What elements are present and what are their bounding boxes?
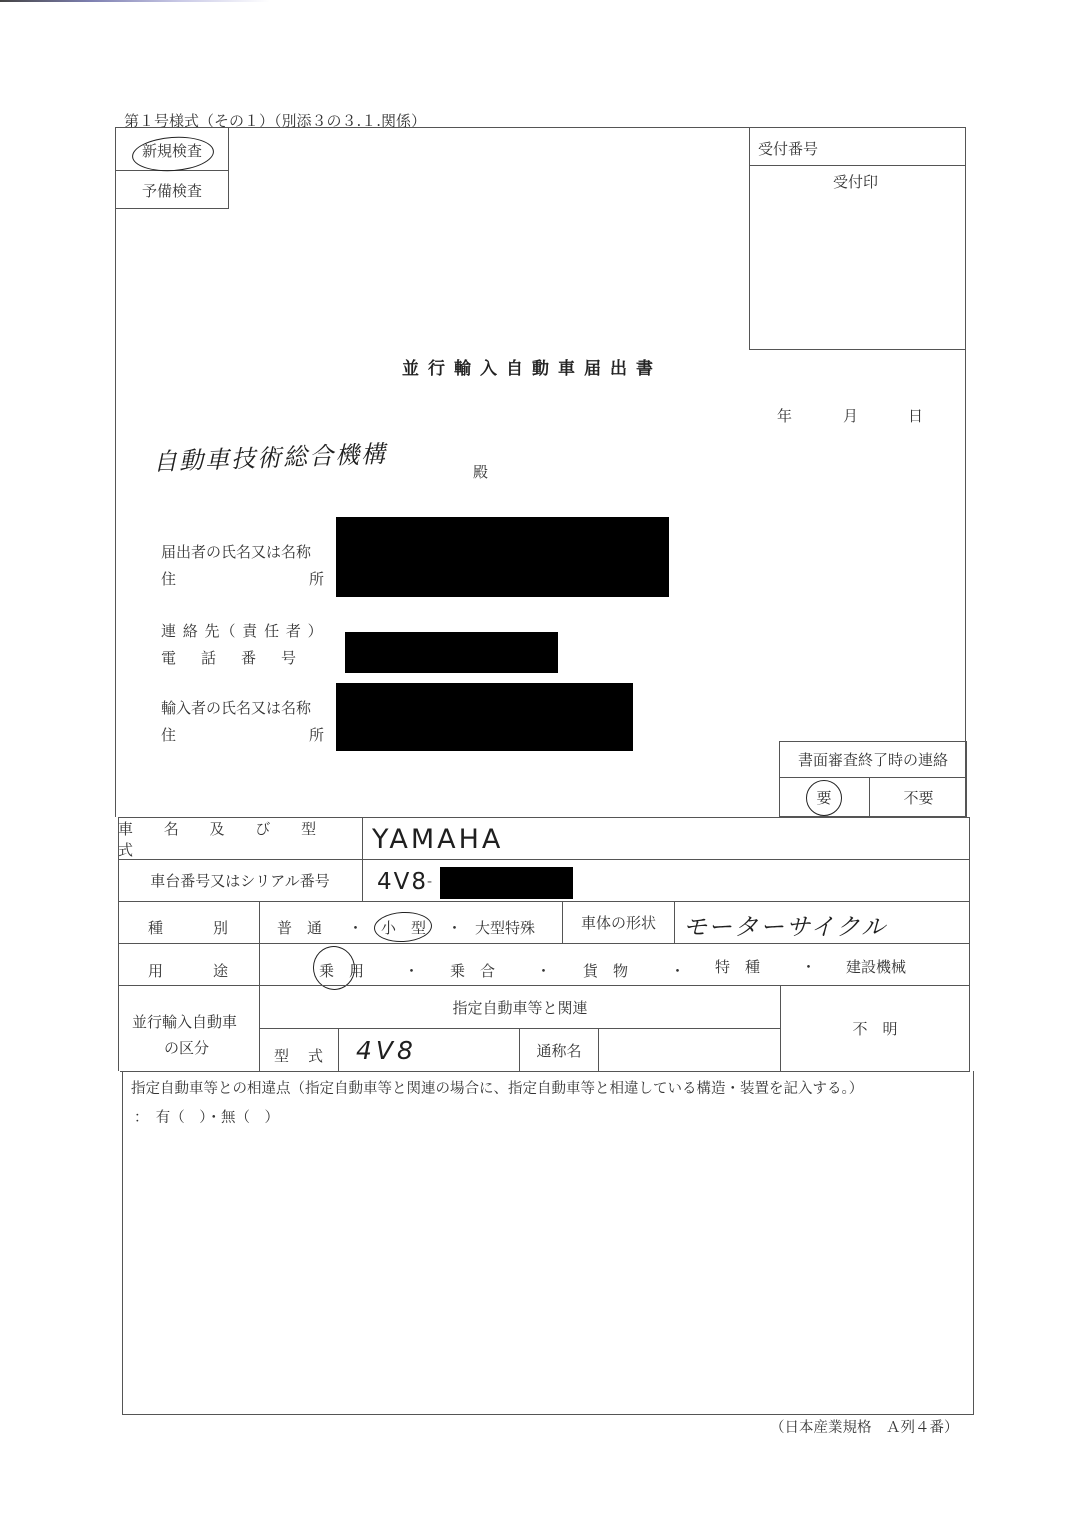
row-divider-3 — [118, 943, 970, 944]
inspection-option-preliminary[interactable]: 予備検査 — [115, 171, 229, 209]
contact-redacted-field[interactable] — [345, 632, 558, 673]
importer-address-label-end: 所 — [309, 724, 324, 745]
importer-address-label: 住 — [161, 724, 176, 745]
category-label: 種 — [148, 917, 163, 938]
usage-option-special[interactable]: 特 種 — [715, 956, 760, 977]
diff-left — [122, 1071, 123, 1415]
import-class-label-line2: の区分 — [164, 1037, 209, 1058]
usage-option-cargo[interactable]: 貨 物 — [583, 960, 628, 981]
date-month-label: 月 — [843, 405, 858, 426]
selection-circle-small — [373, 911, 432, 944]
serial-label: 車台番号又はシリアル番号 — [118, 860, 362, 901]
contact-phone-label: 電 話 番 号 — [161, 647, 301, 668]
row-divider-5 — [120, 1071, 970, 1072]
reception-number-label: 受付番号 — [758, 138, 818, 159]
common-name-field[interactable] — [599, 1029, 780, 1071]
col-divider-body-value — [674, 901, 675, 943]
contact-person-label: 連 絡 先（ 責 任 者 ） — [161, 620, 324, 641]
reception-box — [749, 127, 966, 350]
usage-label: 用 — [148, 960, 163, 981]
separator: ・ — [404, 960, 419, 981]
unknown-option[interactable]: 不 明 — [781, 986, 969, 1071]
applicant-redacted-field[interactable] — [336, 517, 669, 597]
frame-left-upper — [115, 127, 116, 817]
applicant-name-label: 届出者の氏名又は名称 — [161, 541, 311, 562]
related-to-designated-option[interactable]: 指定自動車等と関連 — [260, 986, 780, 1028]
addressee-name[interactable]: 自動車技術総合機構 — [152, 434, 387, 477]
date-year-label: 年 — [777, 405, 792, 426]
col-divider-model — [338, 1028, 339, 1071]
separator: ・ — [801, 956, 816, 977]
applicant-address-label-end: 所 — [309, 568, 324, 589]
scan-artifact — [0, 0, 270, 2]
model-label: 型 式 — [274, 1045, 325, 1066]
importer-redacted-field[interactable] — [336, 683, 633, 751]
separator: ・ — [670, 960, 685, 981]
selection-circle-required — [806, 780, 842, 816]
reception-divider — [749, 165, 966, 166]
review-contact-label: 書面審査終了時の連絡 — [779, 742, 967, 777]
importer-name-label: 輸入者の氏名又は名称 — [161, 697, 311, 718]
usage-label-end: 途 — [213, 960, 228, 981]
differences-label: 指定自動車等との相違点（指定自動車等と関連の場合に、指定自動車等と相違している構… — [131, 1077, 863, 1098]
vehicle-name-value[interactable]: YAMAHA — [372, 824, 503, 855]
category-option-large-special[interactable]: 大型特殊 — [475, 917, 535, 938]
diff-bottom — [122, 1414, 974, 1415]
separator: ・ — [447, 917, 462, 938]
usage-option-bus[interactable]: 乗 合 — [450, 960, 495, 981]
paper-size-note: （日本産業規格 Ａ列４番） — [770, 1416, 959, 1437]
separator: ・ — [536, 960, 551, 981]
applicant-address-label: 住 — [161, 568, 176, 589]
vehicle-name-label: 車 名 及 び 型 式 — [118, 818, 362, 859]
differences-text-area[interactable] — [124, 1130, 972, 1412]
import-class-label-line1: 並行輸入自動車 — [132, 1011, 237, 1032]
row-divider-2 — [118, 901, 970, 902]
category-option-standard[interactable]: 普 通 — [277, 917, 322, 938]
document-title: 並行輸入自動車届出書 — [402, 354, 662, 379]
serial-redacted-field[interactable] — [440, 867, 573, 899]
differences-options[interactable]: ： 有（ ）・無（ ） — [134, 1106, 279, 1127]
usage-option-construction[interactable]: 建設機械 — [846, 956, 906, 977]
body-shape-value[interactable]: モーターサイクル — [683, 907, 887, 942]
common-name-label: 通称名 — [520, 1029, 598, 1071]
addressee-honorific: 殿 — [473, 461, 488, 482]
category-label-end: 別 — [213, 917, 228, 938]
review-contact-option-not-required[interactable]: 不要 — [870, 778, 967, 817]
reception-stamp-label: 受付印 — [833, 171, 878, 192]
date-day-label: 日 — [908, 405, 923, 426]
body-shape-label: 車体の形状 — [563, 902, 674, 943]
separator: ・ — [348, 917, 363, 938]
serial-prefix-value[interactable]: 4V8 — [377, 869, 428, 895]
model-value[interactable]: 4V8 — [356, 1036, 417, 1065]
diff-right — [973, 1071, 974, 1415]
